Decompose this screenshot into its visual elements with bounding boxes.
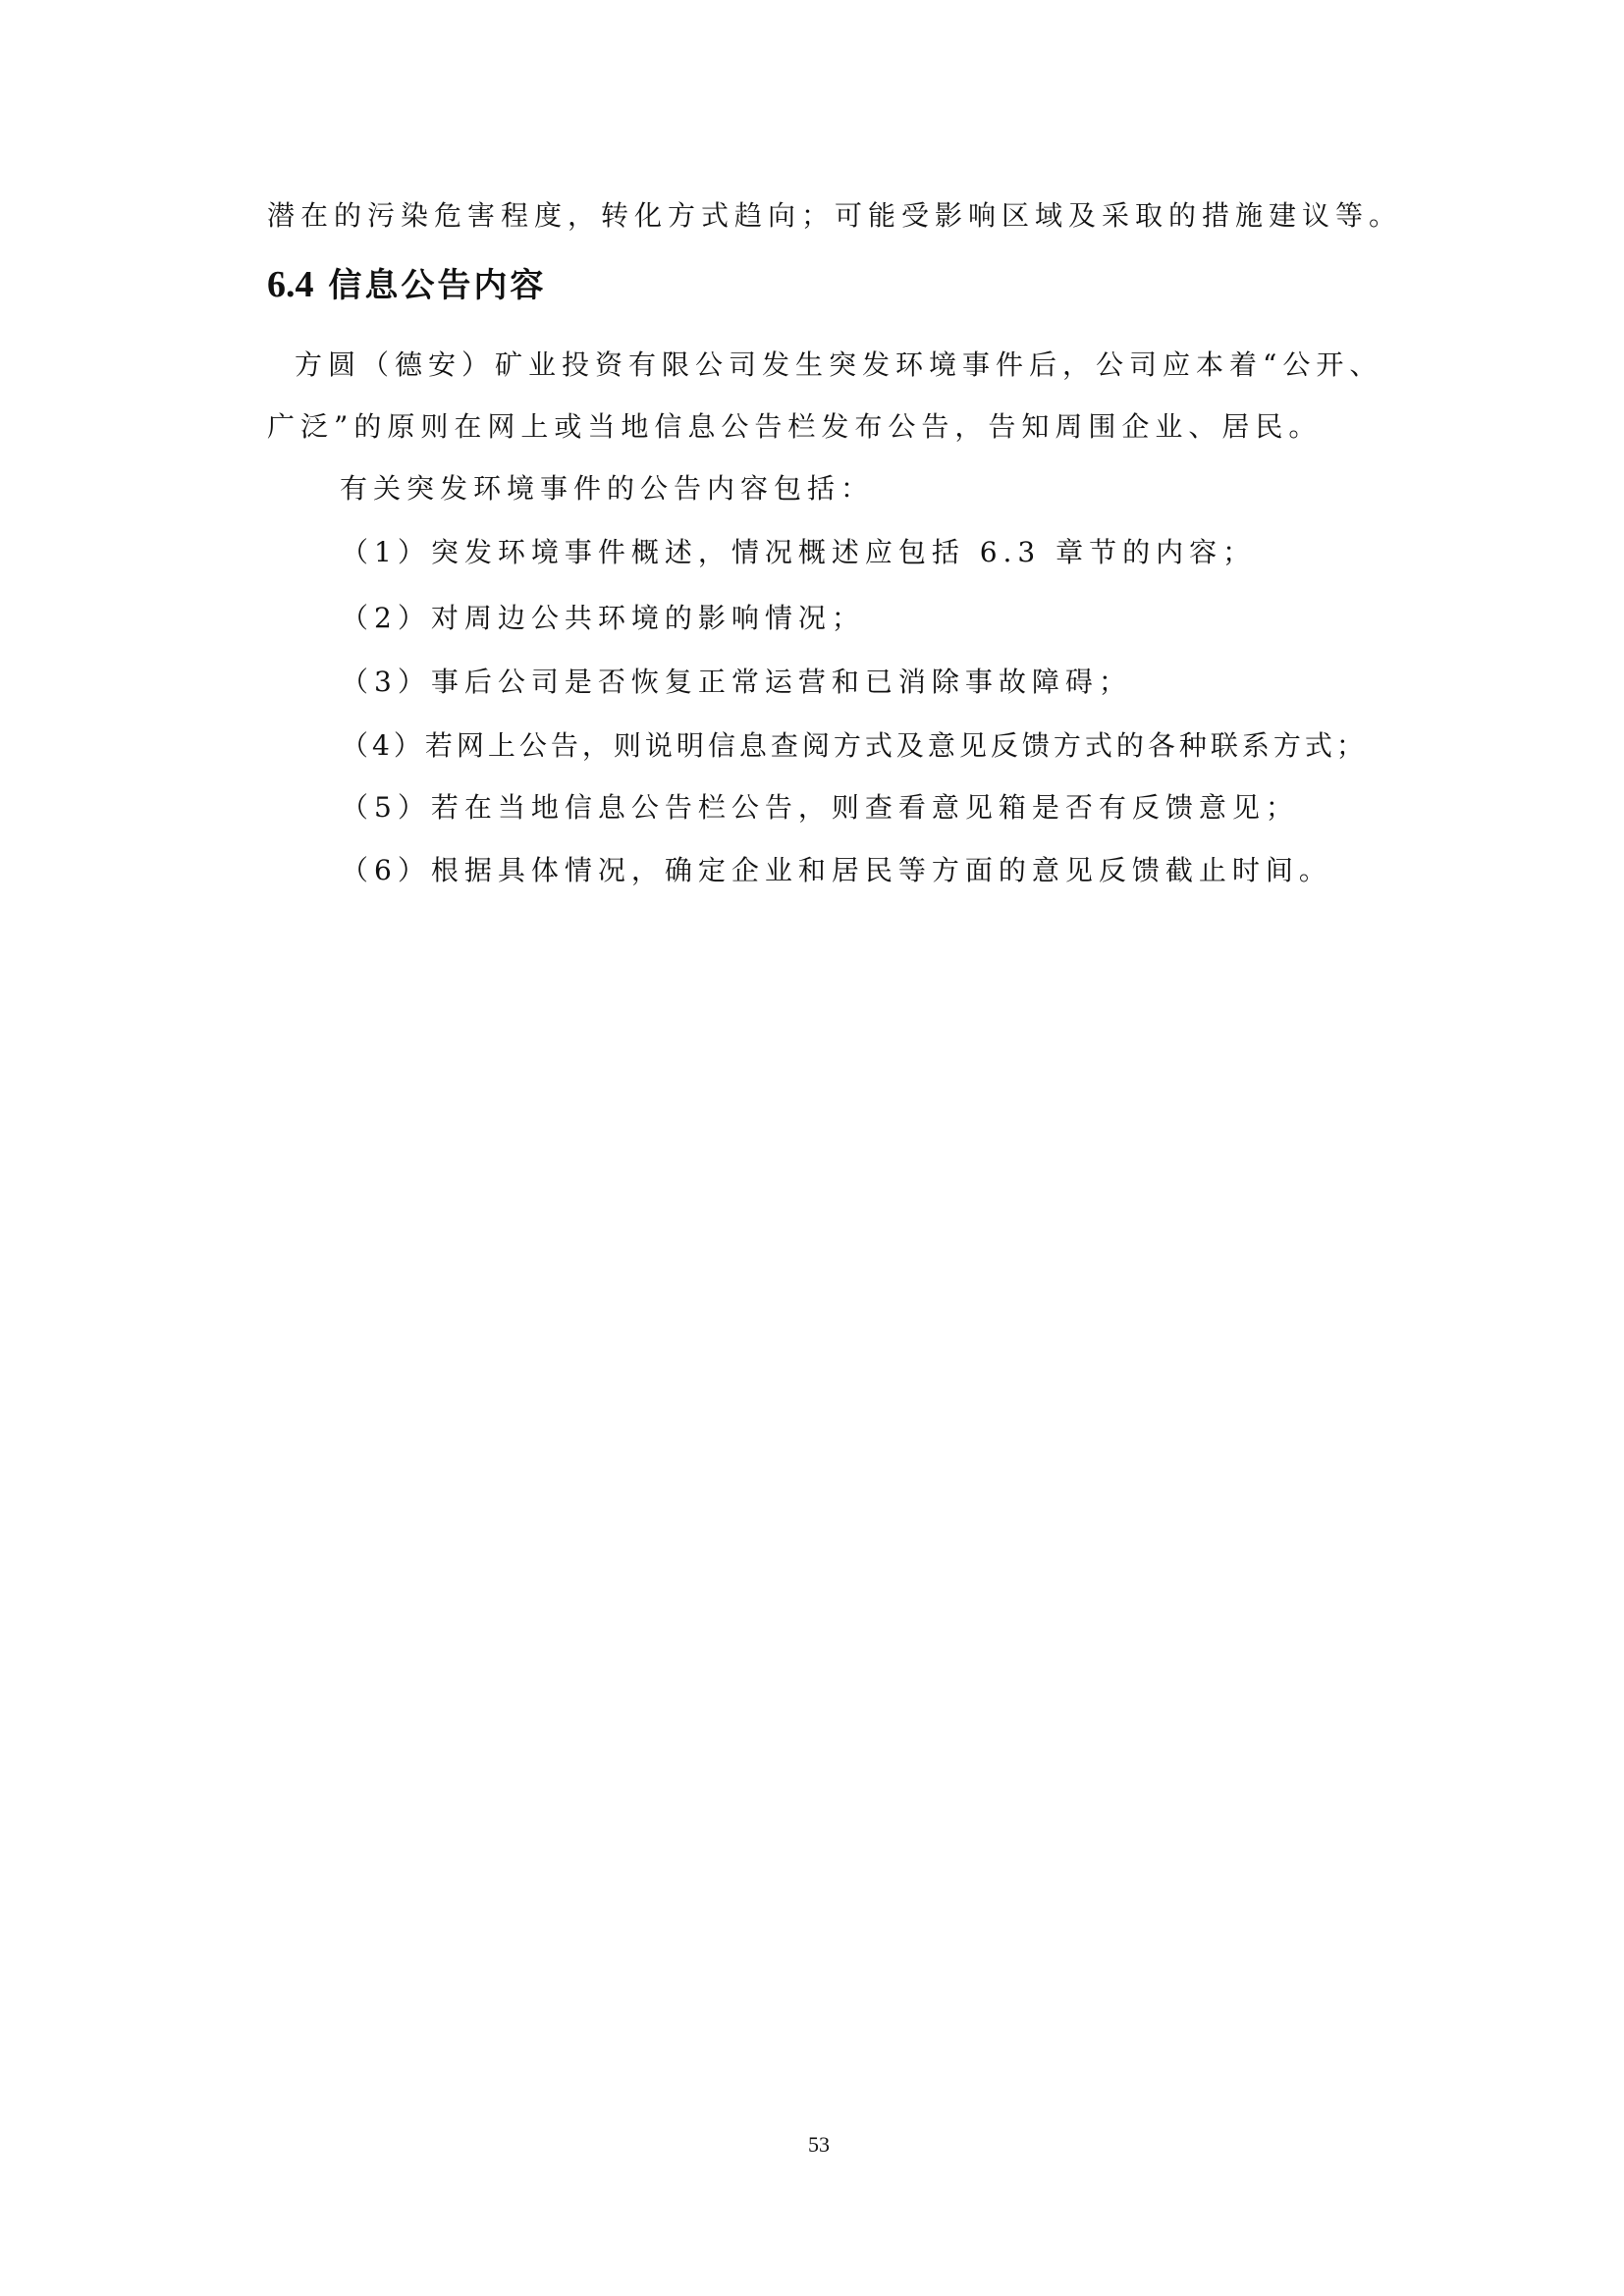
section-number: 6.4 xyxy=(267,264,314,305)
list-item: （2）对周边公共环境的影响情况； xyxy=(341,599,865,638)
section-title: 信息公告内容 xyxy=(328,266,546,305)
list-item: （3）事后公司是否恢复正常运营和已消除事故障碍； xyxy=(341,663,1132,702)
list-item: （5）若在当地信息公告栏公告，则查看意见箱是否有反馈意见； xyxy=(341,788,1299,828)
paragraph-line: 方圆（德安）矿业投资有限公司发生突发环境事件后，公司应本着“公开、 xyxy=(295,346,1382,385)
continuation-line: 潜在的污染危害程度，转化方式趋向；可能受影响区域及采取的措施建议等。 xyxy=(267,196,1402,236)
paragraph-line: 广泛”的原则在网上或当地信息公告栏发布公告，告知周围企业、居民。 xyxy=(267,407,1322,447)
list-item: （4）若网上公告，则说明信息查阅方式及意见反馈方式的各种联系方式； xyxy=(341,726,1368,766)
list-item: （1）突发环境事件概述，情况概述应包括 6.3 章节的内容； xyxy=(341,533,1256,572)
section-heading: 6.4 信息公告内容 xyxy=(267,263,546,307)
intro-line: 有关突发环境事件的公告内容包括： xyxy=(340,469,874,508)
page-number: 53 xyxy=(808,2133,830,2157)
list-item: （6）根据具体情况，确定企业和居民等方面的意见反馈截止时间。 xyxy=(341,851,1332,890)
